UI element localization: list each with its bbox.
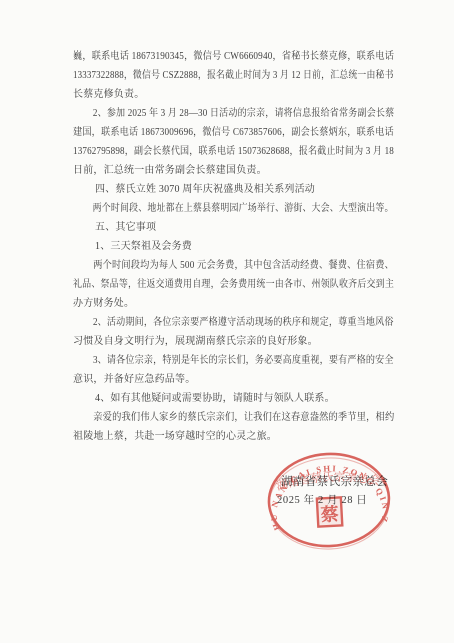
document-line: 长蔡克修负责。: [73, 85, 394, 104]
document-line: 办方财务处。: [73, 294, 394, 313]
document-line: 13337322888，微信号 CSZ2888，报名截止时间为 3 月 12 日…: [73, 66, 358, 85]
official-red-stamp: HU NAN CAI SHI ZONG QIN ZONG HUI 湖南省蔡氏宗亲…: [258, 444, 399, 559]
document-line: 13762795898，副会长蔡代国，联系电话 15073628688，报名截止…: [73, 142, 363, 161]
document-line: 建国，联系电话 18673009696，微信号 C673857606，副会长蔡炳…: [73, 123, 367, 142]
document-line: 习惯及自身文明行为，展现湖南蔡氏宗亲的良好形象。: [73, 332, 394, 351]
document-line: 1、三天祭祖及会务费: [73, 237, 394, 256]
document-line: 日前，汇总统一由常务副会长蔡建国负责。: [73, 161, 394, 180]
document-line: 四、蔡氏立姓 3070 周年庆祝盛典及相关系列活动: [73, 180, 394, 199]
document-line: 礼品、祭品等，往返交通费用自理，会务费用统一由各市、州领队收齐后交到主: [73, 275, 362, 294]
document-line: 亲爱的我们伟人家乡的蔡氏宗亲们，让我们在这春意盎然的季节里，相约: [73, 408, 369, 427]
scanned-document-page: 巍，联系电话 18673190345，微信号 CW6660940，省秘书长蔡克修…: [0, 0, 454, 643]
document-line: 3、请各位宗亲，特别是年长的宗长们，务必要高度重视，要有严格的安全: [73, 351, 364, 370]
document-line: 五、其它事项: [73, 218, 394, 237]
document-body: 巍，联系电话 18673190345，微信号 CW6660940，省秘书长蔡克修…: [73, 47, 394, 446]
document-line: 巍，联系电话 18673190345，微信号 CW6660940，省秘书长蔡克修…: [73, 47, 367, 66]
stamp-emblem-character: 蔡: [320, 503, 339, 525]
document-line: 祖陵地上蔡，共赴一场穿越时空的心灵之旅。: [73, 427, 394, 446]
document-line: 两个时间段、地址都在上蔡县蔡明园广场举行、游街、大会、大型演出等。: [73, 199, 360, 218]
document-line: 意识，并备好应急药品等。: [73, 370, 394, 389]
document-line: 两个时间段均为每人 500 元会务费，其中包含活动经费、餐费、住宿费、: [73, 256, 368, 275]
document-line: 4、如有其他疑问或需要协助，请随时与领队人联系。: [73, 389, 394, 408]
document-line: 2、参加 2025 年 3 月 28—30 日活动的宗亲，请将信息报给省常务副会…: [73, 104, 363, 123]
document-line: 2、活动期间，各位宗亲要严格遵守活动现场的秩序和规定，尊重当地风俗: [73, 313, 364, 332]
